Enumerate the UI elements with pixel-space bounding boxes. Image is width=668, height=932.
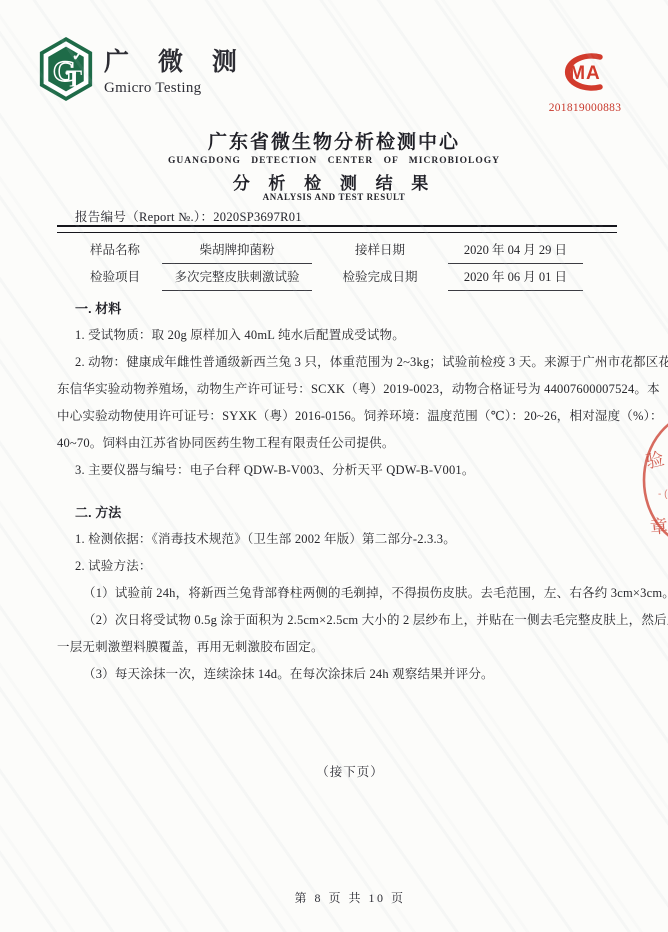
brand-text: 广 微 测 Gmicro Testing (104, 36, 248, 97)
logo-checkmark-icon: ✓ (72, 48, 85, 65)
doc-title-en: ANALYSIS AND TEST RESULT (0, 192, 668, 202)
materials-item-2-line1: 2. 动物：健康成年雌性普通级新西兰兔 3 只，体重范围为 2~3kg；试验前检… (57, 349, 640, 376)
methods-step-2-line1: （2）次日将受试物 0.5g 涂于面积为 2.5cm×2.5cm 大小的 2 层… (57, 607, 640, 634)
continued-note: （接下页） (316, 762, 384, 780)
brand-name-en: Gmicro Testing (104, 80, 248, 97)
sample-name-value: 柴胡牌抑菌粉 (162, 237, 312, 264)
doc-title-cn: 分 析 检 测 结 果 (0, 169, 668, 194)
section-materials-heading: 一. 材料 (57, 295, 640, 322)
report-body: 样品名称 柴胡牌抑菌粉 接样日期 2020 年 04 月 29 日 检验项目 多… (57, 237, 640, 688)
methods-item-1: 1. 检测依据：《消毒技术规范》（卫生部 2002 年版）第二部分-2.3.3。 (57, 526, 640, 553)
seal-char-top: 验 (644, 448, 666, 472)
materials-item-2-line3: 中心实验动物使用许可证号：SYXK（粤）2016-0156。饲养环境：温度范围（… (57, 403, 640, 430)
sample-name-label: 样品名称 (90, 237, 154, 263)
cma-accreditation-icon: MA (554, 50, 616, 94)
test-item-label: 检验项目 (90, 264, 154, 290)
methods-item-2: 2. 试验方法： (57, 553, 640, 580)
complete-date-label: 检验完成日期 (320, 264, 440, 290)
cma-certificate-number: 201819000883 (548, 102, 622, 114)
cma-letters: MA (569, 63, 601, 84)
header-divider-rule (57, 225, 617, 233)
seal-char-bottom: 章 (649, 516, 668, 538)
materials-item-2-line4: 40~70。饲料由江苏省协同医药生物工程有限责任公司提供。 (57, 430, 640, 457)
paging-seal-partial: 验 - ( 章 (628, 405, 668, 555)
complete-date-value: 2020 年 06 月 01 日 (448, 264, 583, 291)
report-number-label: 报告编号（Report №.）： (75, 210, 213, 224)
methods-step-3: （3）每天涂抹一次，连续涂抹 14d。在每次涂抹后 24h 观察结果并评分。 (57, 661, 640, 688)
section-methods-heading: 二. 方法 (57, 499, 640, 526)
cma-mark: MA 201819000883 (548, 50, 622, 114)
report-page: G T ✓ 广 微 测 Gmicro Testing MA 2018190008… (0, 0, 668, 932)
page-number: 第 8 页 共 10 页 (294, 889, 405, 906)
gmicro-logo: G T ✓ 广 微 测 Gmicro Testing (38, 36, 248, 102)
methods-step-2-line2: 一层无刺激塑料膜覆盖，再用无刺激胶布固定。 (57, 634, 640, 661)
seal-dash: - ( (658, 489, 668, 500)
org-name-cn: 广东省微生物分析检测中心 (0, 127, 668, 154)
receive-date-label: 接样日期 (320, 237, 440, 263)
materials-item-3: 3. 主要仪器与编号：电子台秤 QDW-B-V003、分析天平 QDW-B-V0… (57, 457, 640, 484)
brand-name-cn: 广 微 测 (104, 50, 248, 75)
test-item-value: 多次完整皮肤刺激试验 (162, 264, 312, 291)
sample-info-table: 样品名称 柴胡牌抑菌粉 接样日期 2020 年 04 月 29 日 检验项目 多… (90, 237, 640, 291)
report-number-line: 报告编号（Report №.）：2020SP3697R01 (75, 207, 302, 225)
materials-item-1: 1. 受试物质：取 20g 原样加入 40mL 纯水后配置成受试物。 (57, 322, 640, 349)
materials-item-2-line2: 东信华实验动物养殖场，动物生产许可证号：SCXK（粤）2019-0023，动物合… (57, 376, 640, 403)
org-name-en: GUANGDONG DETECTION CENTER OF MICROBIOLO… (0, 156, 668, 166)
report-number-value: 2020SP3697R01 (213, 210, 302, 224)
logo-letter-t: T (66, 66, 82, 93)
gmicro-hexagon-logo-icon: G T ✓ (38, 36, 94, 102)
receive-date-value: 2020 年 04 月 29 日 (448, 237, 583, 264)
methods-step-1: （1）试验前 24h，将新西兰兔背部脊柱两侧的毛剃掉，不得损伤皮肤。去毛范围，左… (57, 580, 640, 607)
seal-arc-icon: 验 - ( 章 (628, 405, 668, 555)
